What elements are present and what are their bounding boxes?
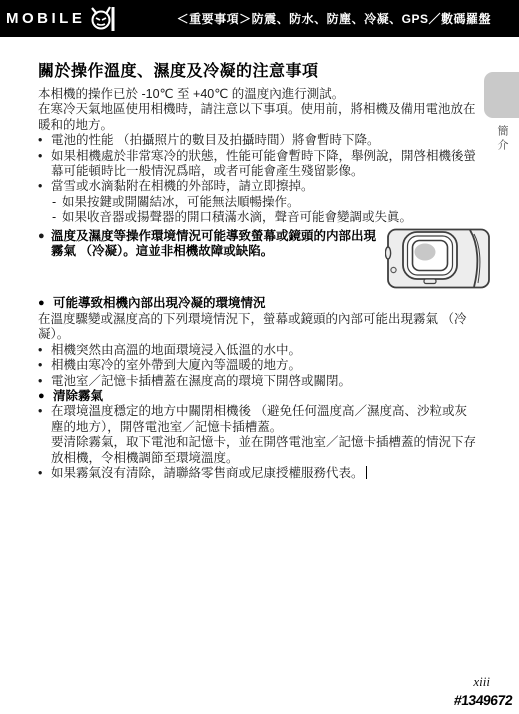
list-item: • 電池室／記憶卡插槽蓋在濕度高的環境下開啓或關閉。 xyxy=(38,374,476,389)
sub-note-frozen: 如果按鍵或開關結冰，可能無法順暢操作。 xyxy=(62,195,476,210)
list-item: • 電池的性能 （拍攝照片的數目及拍攝時間）將會暫時下降。 xyxy=(38,133,476,148)
bullet-marker: • xyxy=(38,466,51,481)
sub-note-speaker: 如果收音器或揚聲器的開口積滿水滴，聲音可能會變調或失眞。 xyxy=(62,210,476,225)
defog-heading-row: ● 清除霧氣 xyxy=(38,389,476,404)
intro-line-1: 本相機的操作已於 -10℃ 至 +40℃ 的溫度內進行測試。 xyxy=(38,87,476,102)
page-content: 關於操作溫度、濕度及冷凝的注意事項 本相機的操作已於 -10℃ 至 +40℃ 的… xyxy=(38,62,476,481)
text-cursor xyxy=(366,466,368,479)
causes-heading: 可能導致相機內部出現冷凝的環境情況 xyxy=(53,296,266,311)
list-item: • 如果霧氣沒有清除，請聯絡零售商或尼康授權服務代表。 xyxy=(38,466,476,481)
bullet-marker: • xyxy=(38,374,51,389)
sub-list-item: - 如果收音器或揚聲器的開口積滿水滴，聲音可能會變調或失眞。 xyxy=(38,210,476,225)
list-item: • 如果相機處於非常寒冷的狀態，性能可能會暫時下降，舉例說，開啓相機後螢幕可能頓… xyxy=(38,149,476,180)
chapter-tab-label: 簡介 xyxy=(494,125,510,153)
intro-paragraph: 本相機的操作已於 -10℃ 至 +40℃ 的溫度內進行測試。 在寒冷天氣地區使用… xyxy=(38,87,476,133)
list-item: • 相機由寒冷的室外帶到大廈內等溫暖的地方。 xyxy=(38,358,476,373)
chapter-header-text: ＜重要事項＞防震、防水、防塵、冷凝、GPS／數碼羅盤 xyxy=(177,10,519,27)
list-item: • 當雪或水滴黏附在相機的外部時，請立即擦掉。 xyxy=(38,179,476,194)
bullet-marker: • xyxy=(38,149,51,180)
section-marker: ● xyxy=(38,296,53,311)
page-title: 關於操作溫度、濕度及冷凝的注意事項 xyxy=(38,62,476,82)
cause-warm-building: 相機由寒冷的室外帶到大廈內等溫暖的地方。 xyxy=(51,358,476,373)
condensation-note: ● 溫度及濕度等操作環境情況可能導致螢幕或鏡頭的内部出現霧氣 （冷凝）。這並非相… xyxy=(38,229,388,260)
list-item: • 在環境溫度穩定的地方中關閉相機後 （避免任何溫度高／濕度高、沙粒或灰塵的地方… xyxy=(38,404,476,466)
defog-step: 在環境溫度穩定的地方中關閉相機後 （避免任何溫度高／濕度高、沙粒或灰塵的地方），… xyxy=(51,404,476,466)
condensation-note-text: 溫度及濕度等操作環境情況可能導致螢幕或鏡頭的内部出現霧氣 （冷凝）。這並非相機故… xyxy=(51,229,388,260)
causes-body: 在溫度驟變或濕度高的下列環境情況下，螢幕或鏡頭的內部可能出現霧氣 （冷凝）。 xyxy=(38,312,476,343)
bullet-marker: • xyxy=(38,133,51,148)
bullet-marker: • xyxy=(38,179,51,194)
bullet-marker: • xyxy=(38,343,51,358)
chapter-tab xyxy=(484,72,519,118)
dash-marker: - xyxy=(52,210,62,225)
bullet-marker: • xyxy=(38,358,51,373)
causes-section: ● 可能導致相機內部出現冷凝的環境情況 在溫度驟變或濕度高的下列環境情況下，螢幕… xyxy=(38,296,476,388)
dash-marker: - xyxy=(52,195,62,210)
defog-contact-text: 如果霧氣沒有清除，請聯絡零售商或尼康授權服務代表。 xyxy=(51,466,364,480)
mobile01-logo-text: MOBILE xyxy=(6,10,85,27)
top-header-bar: MOBILE ＜重要事項＞防震、防水、防塵、冷凝、GPS／數碼羅盤 xyxy=(0,0,519,37)
list-item: • 相機突然由高溫的地面環境浸入低溫的水中。 xyxy=(38,343,476,358)
cold-note-performance: 如果相機處於非常寒冷的狀態，性能可能會暫時下降，舉例說，開啓相機後螢幕可能頓時比… xyxy=(51,149,476,180)
page-number: xiii xyxy=(473,674,490,690)
devil-face-icon xyxy=(88,5,118,33)
cause-water: 相機突然由高溫的地面環境浸入低溫的水中。 xyxy=(51,343,476,358)
defog-step-line1: 在環境溫度穩定的地方中關閉相機後 （避免任何溫度高／濕度高、沙粒或灰塵的地方），… xyxy=(51,404,476,435)
sub-list-item: - 如果按鍵或開關結冰，可能無法順暢操作。 xyxy=(38,195,476,210)
section-marker: ● xyxy=(38,389,53,404)
cold-note-snow: 當雪或水滴黏附在相機的外部時，請立即擦掉。 xyxy=(51,179,476,194)
defog-heading: 清除霧氣 xyxy=(53,389,103,404)
section-marker: ● xyxy=(38,229,51,260)
defog-contact: 如果霧氣沒有清除，請聯絡零售商或尼康授權服務代表。 xyxy=(51,466,476,481)
cold-note-battery: 電池的性能 （拍攝照片的數目及拍攝時間）將會暫時下降。 xyxy=(51,133,476,148)
causes-heading-row: ● 可能導致相機內部出現冷凝的環境情況 xyxy=(38,296,476,311)
mobile01-logo: MOBILE xyxy=(0,5,118,33)
defog-step-line2: 要清除霧氣，取下電池和記憶卡，並在開啓電池室／記憶卡插槽蓋的情況下存放相機，令相… xyxy=(51,435,476,466)
cause-battery-cover: 電池室／記憶卡插槽蓋在濕度高的環境下開啓或關閉。 xyxy=(51,374,476,389)
intro-line-2: 在寒冷天氣地區使用相機時，請注意以下事項。使用前，將相機及備用電池放在暖和的地方… xyxy=(38,102,476,131)
bullet-marker: • xyxy=(38,404,51,466)
watermark-post-id: #1349672 xyxy=(453,692,513,708)
defog-section: ● 清除霧氣 • 在環境溫度穩定的地方中關閉相機後 （避免任何溫度高／濕度高、沙… xyxy=(38,389,476,481)
